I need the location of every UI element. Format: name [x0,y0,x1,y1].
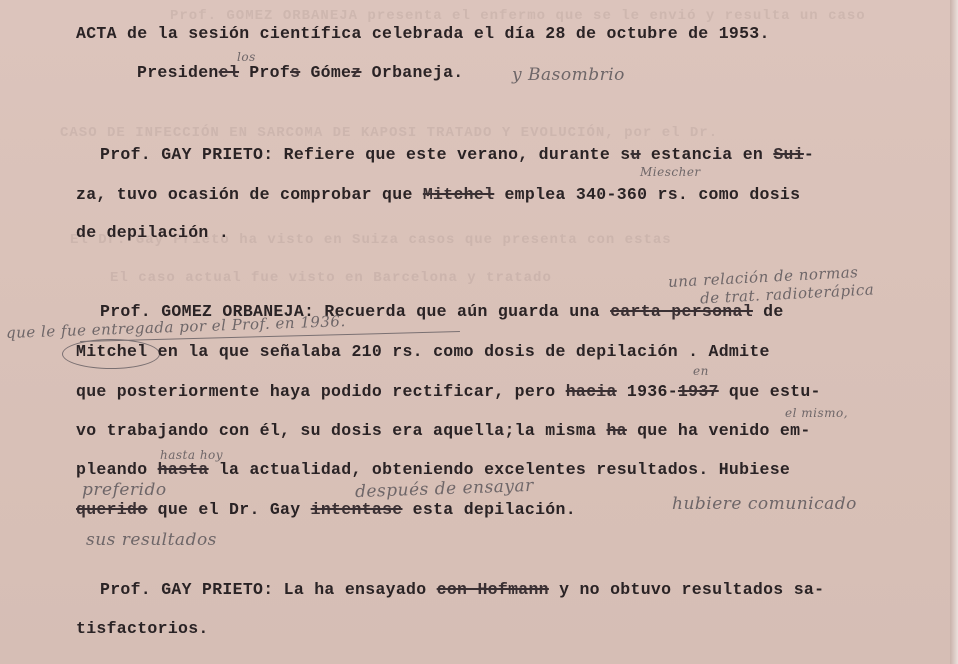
bleed-through-text: CASO DE INFECCIÓN EN SARCOMA DE KAPOSI T… [60,125,718,141]
handwritten-insert: los [237,50,256,64]
text: que posteriormente haya podido rectifica… [76,382,566,401]
paragraph1-line2: za, tuvo ocasión de comprobar que Mitche… [76,185,800,204]
text: pleando [76,460,147,479]
struck-text: con Hofmann [437,580,549,599]
text: za, tuvo ocasión de comprobar que [76,185,423,204]
struck-text: el [219,63,239,82]
page-edge [950,0,958,664]
paragraph2-line6: querido que el Dr. Gay intentase esta de… [76,500,576,519]
struck-text: intentase [311,500,403,519]
paragraph3-line2: tisfactorios. [76,619,209,638]
text: - [804,145,814,164]
text: que el Dr. Gay [147,500,310,519]
circled-text: Mitchel [76,342,147,361]
paragraph1-line1: Prof. GAY PRIETO: Refiere que este veran… [100,145,814,164]
text: Prof. GAY PRIETO: La ha ensayado [100,580,437,599]
paragraph2-line2: Mitchel en la que señalaba 210 rs. como … [76,342,770,361]
struck-text: querido [76,500,147,519]
text: 1936- [617,382,678,401]
text: Góme [300,63,351,82]
handwritten-addition: y Basombrio [512,65,625,85]
text: Orbaneja. [361,63,463,82]
text: que ha venido em- [627,421,811,440]
document-title: ACTA de la sesión científica celebrada e… [76,24,770,43]
handwritten-insert: después de ensayar [355,476,534,502]
text: estancia en [641,145,774,164]
handwritten-correction: Miescher [640,165,701,179]
text: de [753,302,784,321]
text: Prof [239,63,290,82]
text: Prof. GAY PRIETO: Refiere que este veran… [100,145,630,164]
text: Presiden [137,63,219,82]
text: esta depilación. [402,500,575,519]
paragraph2-line3: que posteriormente haya podido rectifica… [76,382,821,401]
handwritten-addition: sus resultados [86,530,217,550]
text: en la que señalaba 210 rs. como dosis de… [147,342,769,361]
handwritten-insert: en [693,364,709,378]
text: emplea 340-360 rs. como dosis [494,185,800,204]
handwritten-addition: hubiere comunicado [672,494,857,514]
paragraph2-line4: vo trabajando con él, su dosis era aquel… [76,421,811,440]
struck-text: carta personal [610,302,753,321]
text: que estu- [719,382,821,401]
struck-text: Mitchel [423,185,494,204]
paragraph2-line5: pleando hasta la actualidad, obteniendo … [76,460,790,479]
struck-text: u [630,145,640,164]
struck-text: z [351,63,361,82]
handwritten-insert: preferido [82,480,167,500]
paragraph1-line3: de depilación . [76,223,229,242]
text: y no obtuvo resultados sa- [549,580,824,599]
struck-text: ha [606,421,626,440]
struck-text: hasta [158,460,209,479]
struck-text: hacia [566,382,617,401]
document-page: Prof. GOMEZ ORBANEJA presenta el enfermo… [0,0,950,664]
struck-text: Sui [773,145,804,164]
struck-text: 1937 [678,382,719,401]
bleed-through-text: Prof. GOMEZ ORBANEJA presenta el enfermo… [170,8,866,24]
handwritten-insert: el mismo, [785,406,848,420]
bleed-through-text: El caso actual fue visto en Barcelona y … [110,270,552,286]
struck-text: s [290,63,300,82]
presidency-line: Presidenel Profs Gómez Orbaneja. [137,63,464,82]
text: vo trabajando con él, su dosis era aquel… [76,421,606,440]
paragraph3-line1: Prof. GAY PRIETO: La ha ensayado con Hof… [100,580,824,599]
